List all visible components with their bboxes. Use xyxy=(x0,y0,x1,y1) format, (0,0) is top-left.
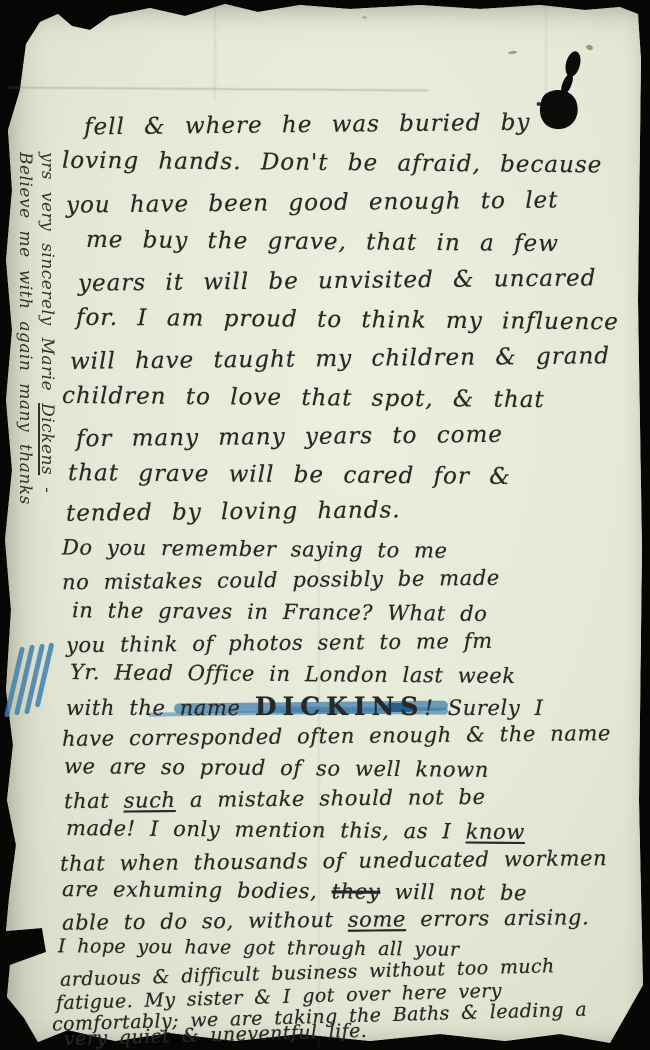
letter-line: Yr. Head Office in London last week xyxy=(70,660,516,688)
letter-line: that grave will be cared for & xyxy=(68,460,511,490)
letter-line: children to love that spot, & that xyxy=(62,383,545,413)
photographed-letter: yrs very sincerely Marie Dickens - Belie… xyxy=(0,0,650,1050)
dickins-word: DICKINS xyxy=(255,692,425,721)
margin-text: yrs very sincerely Marie xyxy=(37,152,57,403)
letter-line: are exhuming bodies, they will not be xyxy=(62,877,527,905)
letter-line: Do you remember saying to me xyxy=(62,535,448,562)
letter-line: for. I am proud to think my influence xyxy=(76,305,619,336)
letter-line: years it will be unvisited & uncared xyxy=(78,265,597,296)
ink-blot xyxy=(533,46,597,138)
letter-line: tended by loving hands. xyxy=(66,497,401,527)
margin-signature-line: yrs very sincerely Marie Dickens - xyxy=(36,152,58,652)
foxing-speck xyxy=(362,16,367,19)
margin-signature-line: Believe me with again many thanks xyxy=(14,152,36,652)
letter-line: fell & where he was buried by xyxy=(84,110,531,141)
letter-line: you have been good enough to let xyxy=(66,187,559,218)
letter-line-dickins: with the name DICKINS! Surely I xyxy=(66,692,544,721)
letter-line: loving hands. Don't be afraid, because xyxy=(62,148,603,179)
letter-line: no mistakes could possibly be made xyxy=(62,566,500,595)
letter-line: we are so proud of so well known xyxy=(64,754,489,782)
margin-text: - xyxy=(37,475,57,493)
letter-line: that such a mistake should not be xyxy=(64,785,486,813)
letter-line: in the graves in France? What do xyxy=(72,598,488,626)
margin-signature: yrs very sincerely Marie Dickens - Belie… xyxy=(14,152,58,652)
letter-line: for many many years to come xyxy=(76,422,503,452)
margin-text: Believe me with again many thanks xyxy=(15,152,35,505)
letter-line: you think of photos sent to me fm xyxy=(66,629,493,657)
margin-text-underlined: Dickens xyxy=(37,403,57,475)
letter-line: made! I only mention this, as I know xyxy=(66,816,525,844)
letter-line: me buy the grave, that in a few xyxy=(86,227,559,257)
letter-line: I hope you have got through all your xyxy=(58,935,460,961)
